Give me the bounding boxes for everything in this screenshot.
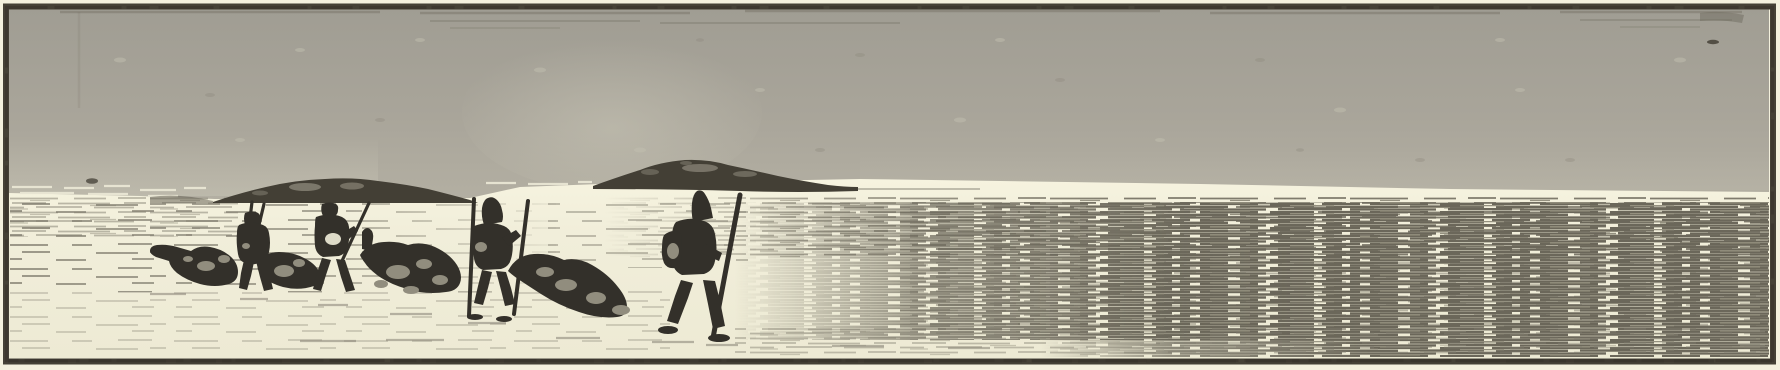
illustration-canvas: Engraved illustration of a polar sledge … xyxy=(0,0,1780,370)
figure-foot xyxy=(467,314,483,320)
sledge-party-engraving: Engraved illustration of a polar sledge … xyxy=(0,0,1780,370)
figure-foot xyxy=(496,316,512,322)
pack-blaze xyxy=(325,233,341,245)
figure-head xyxy=(321,203,338,217)
figure-foot xyxy=(658,326,678,334)
figure-foot xyxy=(708,334,730,342)
